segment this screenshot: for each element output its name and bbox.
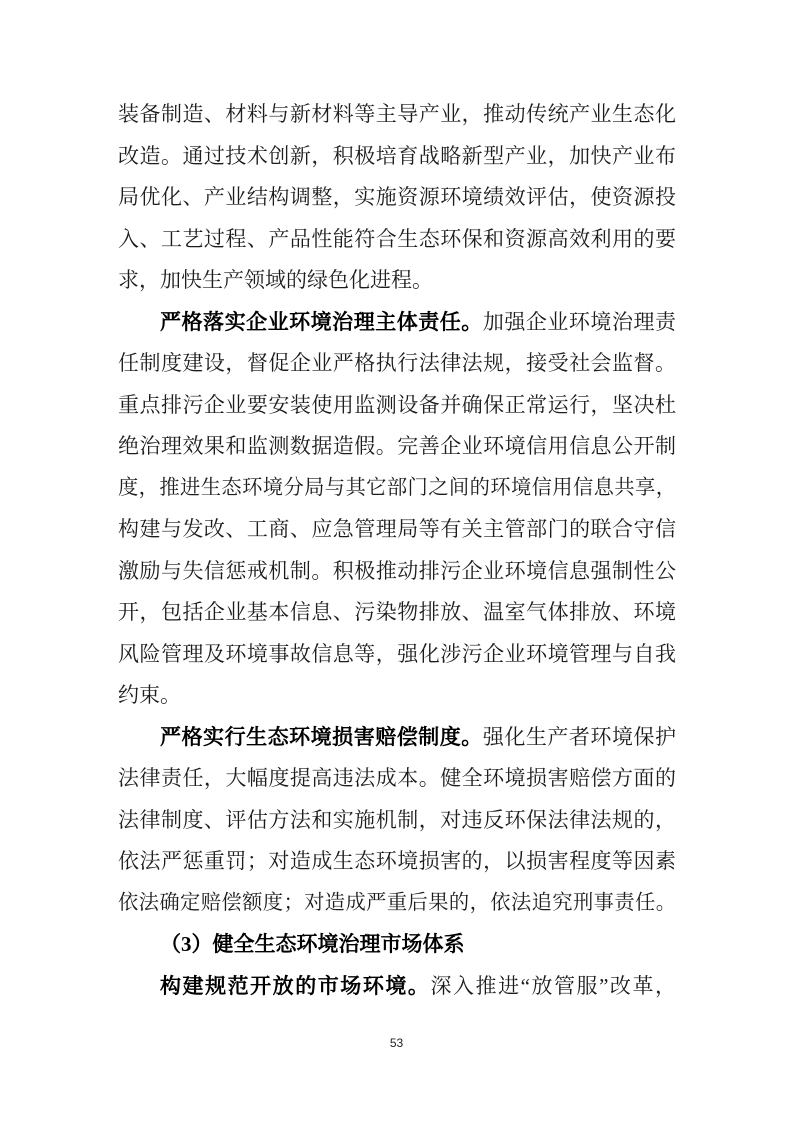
line-text: 依法确定赔偿额度；对造成严重后果的，依法追究刑事责任。 [118,892,676,914]
line-text: 改造。通过技术创新，积极培育战略新型产业，加快产业布 [118,144,676,168]
text-block: 装备制造、材料与新材料等主导产业，推动传统产业生态化 改造。通过技术创新，积极培… [118,94,676,1007]
line-text: 开，包括企业基本信息、污染物排放、温室气体排放、环境 [118,600,676,624]
heading-text: （3）健全生态环境治理市场体系 [160,932,465,956]
line-text: 依法严惩重罚；对造成生态环境损害的，以损害程度等因素 [118,849,676,873]
line-text: 任制度建设，督促企业严格执行法律法规，接受社会监督。 [118,351,676,375]
text-line: 依法确定赔偿额度；对造成严重后果的，依法追究刑事责任。 [118,883,676,925]
line-text: 求，加快生产领域的绿色化进程。 [118,268,433,292]
text-line: 开，包括企业基本信息、污染物排放、温室气体排放、环境 [118,592,676,634]
paragraph-enterprise-responsibility: 严格落实企业环境治理主体责任。加强企业环境治理责 任制度建设，督促企业严格执行法… [118,302,676,717]
line-text: 绝治理效果和监测数据造假。完善企业环境信用信息公开制 [118,434,676,458]
text-line: 法律责任，大幅度提高违法成本。健全环境损害赔偿方面的 [118,758,676,800]
bold-lead: 严格实行生态环境损害赔偿制度。 [160,725,483,749]
text-line: 激励与失信惩戒机制。积极推动排污企业环境信息强制性公 [118,551,676,593]
line-text: 强化生产者环境保护 [483,725,676,749]
line-text: 加强企业环境治理责 [483,310,676,334]
line-text: 约束。 [118,683,181,707]
section-heading-3: （3）健全生态环境治理市场体系 [118,924,676,966]
bold-lead: 构建规范开放的市场环境。 [160,974,430,998]
line-text: 局优化、产业结构调整，实施资源环境绩效评估，使资源投 [118,185,676,209]
paragraph-market-environment: 构建规范开放的市场环境。深入推进“放管服”改革， [118,966,676,1008]
text-line: 求，加快生产领域的绿色化进程。 [118,260,676,302]
text-line: 严格落实企业环境治理主体责任。加强企业环境治理责 [118,302,676,344]
text-line: 度，推进生态环境分局与其它部门之间的环境信用信息共享， [118,468,676,510]
text-line: 严格实行生态环境损害赔偿制度。强化生产者环境保护 [118,717,676,759]
bold-lead: 严格落实企业环境治理主体责任。 [160,310,483,334]
line-text: 重点排污企业要安装使用监测设备并确保正常运行，坚决杜 [118,393,676,417]
line-text: 构建与发改、工商、应急管理局等有关主管部门的联合守信 [118,517,676,541]
line-text: 法律责任，大幅度提高违法成本。健全环境损害赔偿方面的 [118,766,676,790]
text-line: 构建与发改、工商、应急管理局等有关主管部门的联合守信 [118,509,676,551]
text-line: 绝治理效果和监测数据造假。完善企业环境信用信息公开制 [118,426,676,468]
text-line: 任制度建设，督促企业严格执行法律法规，接受社会监督。 [118,343,676,385]
text-line: 局优化、产业结构调整，实施资源环境绩效评估，使资源投 [118,177,676,219]
text-line: 入、工艺过程、产品性能符合生态环保和资源高效利用的要 [118,219,676,261]
page-number: 53 [0,1036,793,1050]
text-line: 重点排污企业要安装使用监测设备并确保正常运行，坚决杜 [118,385,676,427]
line-text: 激励与失信惩戒机制。积极推动排污企业环境信息强制性公 [118,559,676,583]
line-text: 装备制造、材料与新材料等主导产业，推动传统产业生态化 [118,102,676,126]
text-line: 改造。通过技术创新，积极培育战略新型产业，加快产业布 [118,136,676,178]
line-text: 入、工艺过程、产品性能符合生态环保和资源高效利用的要 [118,227,676,251]
text-line: 依法严惩重罚；对造成生态环境损害的，以损害程度等因素 [118,841,676,883]
heading-line: （3）健全生态环境治理市场体系 [118,924,676,966]
paragraph-industry-transformation: 装备制造、材料与新材料等主导产业，推动传统产业生态化 改造。通过技术创新，积极培… [118,94,676,302]
line-text: 度，推进生态环境分局与其它部门之间的环境信用信息共享， [118,477,676,499]
text-line: 装备制造、材料与新材料等主导产业，推动传统产业生态化 [118,94,676,136]
text-line: 构建规范开放的市场环境。深入推进“放管服”改革， [118,966,676,1008]
line-text: 深入推进“放管服”改革， [430,974,676,998]
text-line: 约束。 [118,675,676,717]
line-text: 风险管理及环境事故信息等，强化涉污企业环境管理与自我 [118,642,676,666]
paragraph-damage-compensation: 严格实行生态环境损害赔偿制度。强化生产者环境保护 法律责任，大幅度提高违法成本。… [118,717,676,925]
line-text: 法律制度、评估方法和实施机制，对违反环保法律法规的， [118,808,676,832]
text-line: 风险管理及环境事故信息等，强化涉污企业环境管理与自我 [118,634,676,676]
document-page: 装备制造、材料与新材料等主导产业，推动传统产业生态化 改造。通过技术创新，积极培… [0,0,793,1122]
text-line: 法律制度、评估方法和实施机制，对违反环保法律法规的， [118,800,676,842]
